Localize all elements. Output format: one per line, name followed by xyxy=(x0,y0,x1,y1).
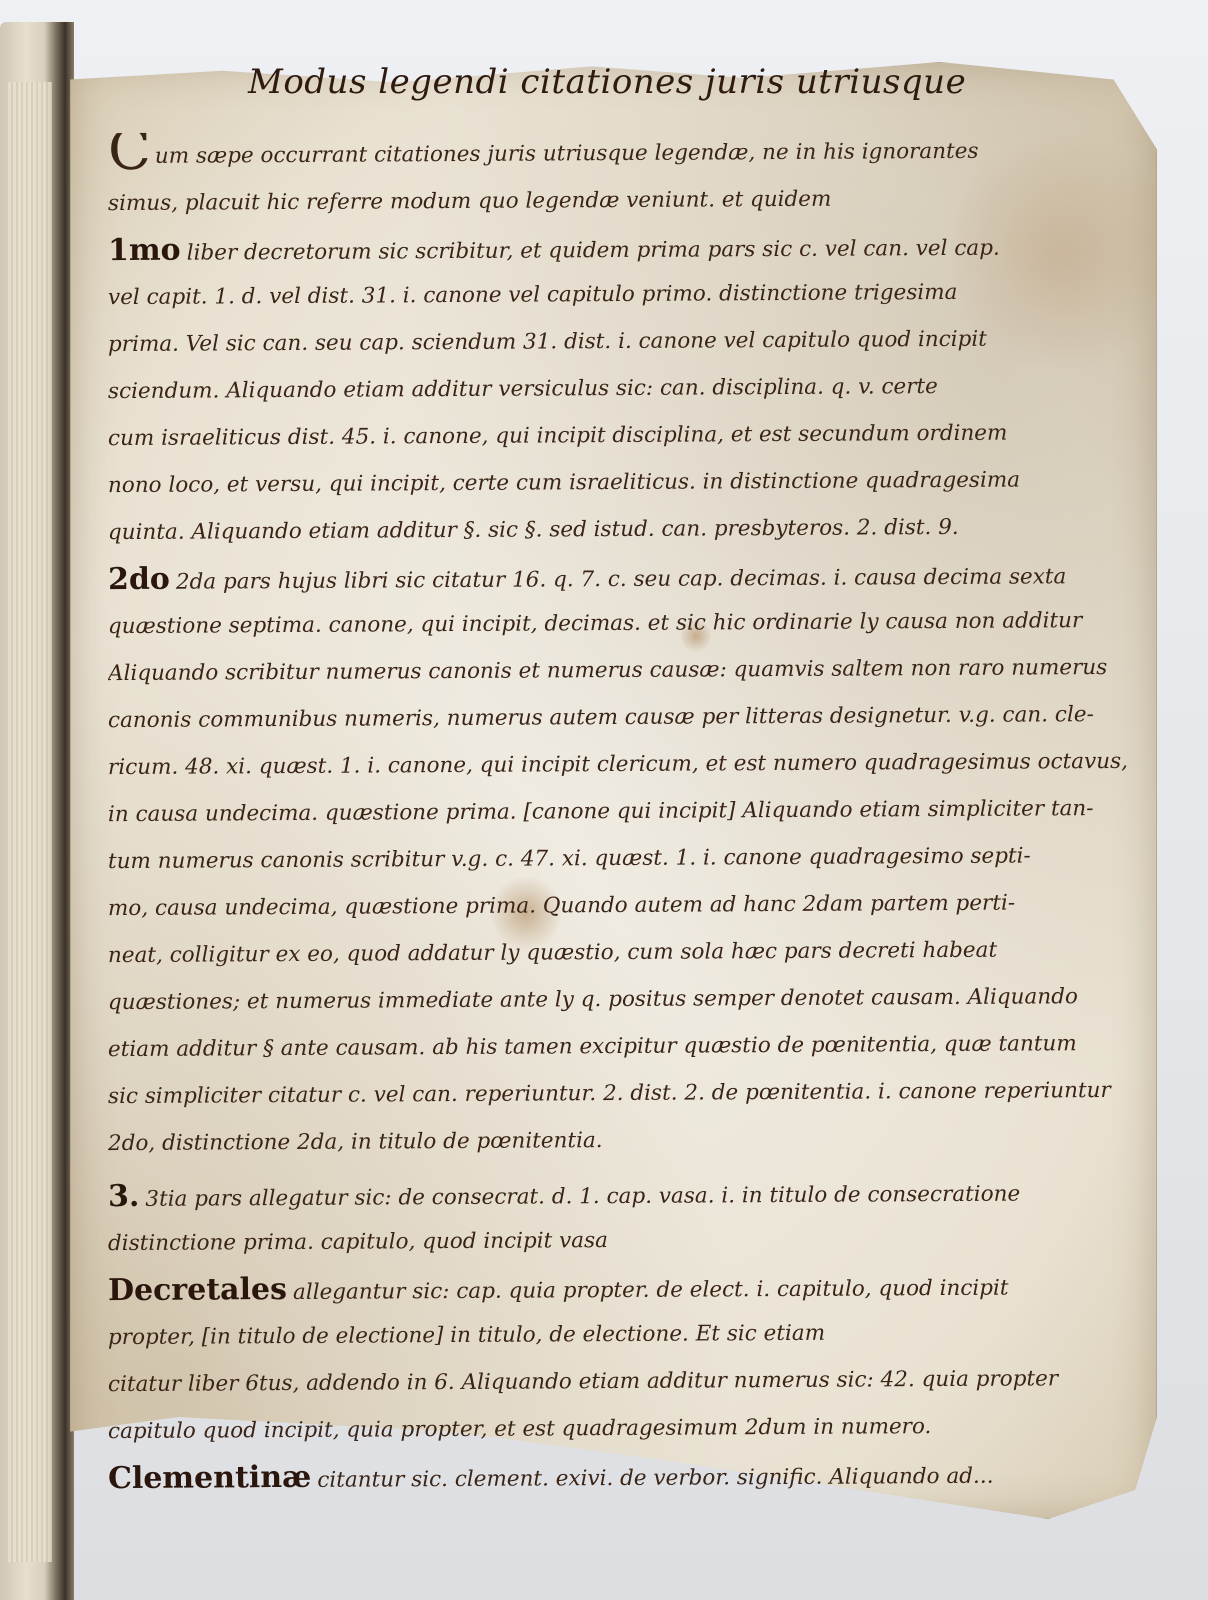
text-line: Clementinæcitantur sic. clement. exivi. … xyxy=(108,1449,1128,1502)
section-marker: 3. xyxy=(108,1179,140,1214)
text-line: 2do2da pars hujus libri sic citatur 16. … xyxy=(108,550,1128,603)
page-edges xyxy=(8,82,52,1562)
manuscript-text: Modus legendi citationes juris utriusque… xyxy=(108,58,1128,1499)
text-line: ricum. 48. xi. quæst. 1. i. canone, qui … xyxy=(108,738,1128,791)
text-line: etiam additur § ante causam. ab his tame… xyxy=(108,1020,1128,1073)
text-line: 2do, distinctione 2da, in titulo de pœni… xyxy=(108,1114,1128,1167)
text-line: in causa undecima. quæstione prima. [can… xyxy=(108,785,1128,838)
text-line: quæstiones; et numerus immediate ante ly… xyxy=(108,973,1128,1026)
text-line: nono loco, et versu, qui incipit, certe … xyxy=(108,456,1128,509)
text-line: Decretalesallegantur sic: cap. quia prop… xyxy=(108,1261,1128,1314)
text-line: tum numerus canonis scribitur v.g. c. 47… xyxy=(108,832,1128,885)
line-initial: C xyxy=(108,127,151,180)
text-line: mo, causa undecima, quæstione prima. Qua… xyxy=(108,879,1128,932)
section-heading: Clementinæ xyxy=(108,1460,312,1496)
section-heading: Decretales xyxy=(108,1272,287,1308)
text-line: sciendum. Aliquando etiam additur versic… xyxy=(108,362,1128,415)
text-line: propter, [in titulo de electione] in tit… xyxy=(108,1308,1128,1361)
text-line: quæstione septima. canone, qui incipit, … xyxy=(108,597,1128,650)
text-line: simus, placuit hic referre modum quo leg… xyxy=(108,174,1128,227)
text-line: canonis communibus numeris, numerus aute… xyxy=(108,691,1128,744)
text-line: 1moliber decretorum sic scribitur, et qu… xyxy=(108,221,1128,274)
page-title: Modus legendi citationes juris utriusque xyxy=(248,58,1128,106)
section-marker: 1mo xyxy=(108,233,181,268)
text-line: Cum sæpe occurrant citationes juris utri… xyxy=(108,127,1128,180)
text-line: neat, colligitur ex eo, quod addatur ly … xyxy=(108,926,1128,979)
text-line: citatur liber 6tus, addendo in 6. Aliqua… xyxy=(108,1355,1128,1408)
text-line: prima. Vel sic can. seu cap. sciendum 31… xyxy=(108,315,1128,368)
text-line: sic simpliciter citatur c. vel can. repe… xyxy=(108,1067,1128,1120)
text-line: cum israeliticus dist. 45. i. canone, qu… xyxy=(108,409,1128,462)
section-marker: 2do xyxy=(108,562,170,597)
text-line: vel capit. 1. d. vel dist. 31. i. canone… xyxy=(108,268,1128,321)
text-line: Aliquando scribitur numerus canonis et n… xyxy=(108,644,1128,697)
text-line: 3.3tia pars allegatur sic: de consecrat.… xyxy=(108,1167,1128,1220)
text-line: quinta. Aliquando etiam additur §. sic §… xyxy=(108,503,1128,556)
book-binding xyxy=(0,22,74,1600)
text-line: distinctione prima. capitulo, quod incip… xyxy=(108,1214,1128,1267)
text-line: capitulo quod incipit, quia propter, et … xyxy=(108,1402,1128,1455)
